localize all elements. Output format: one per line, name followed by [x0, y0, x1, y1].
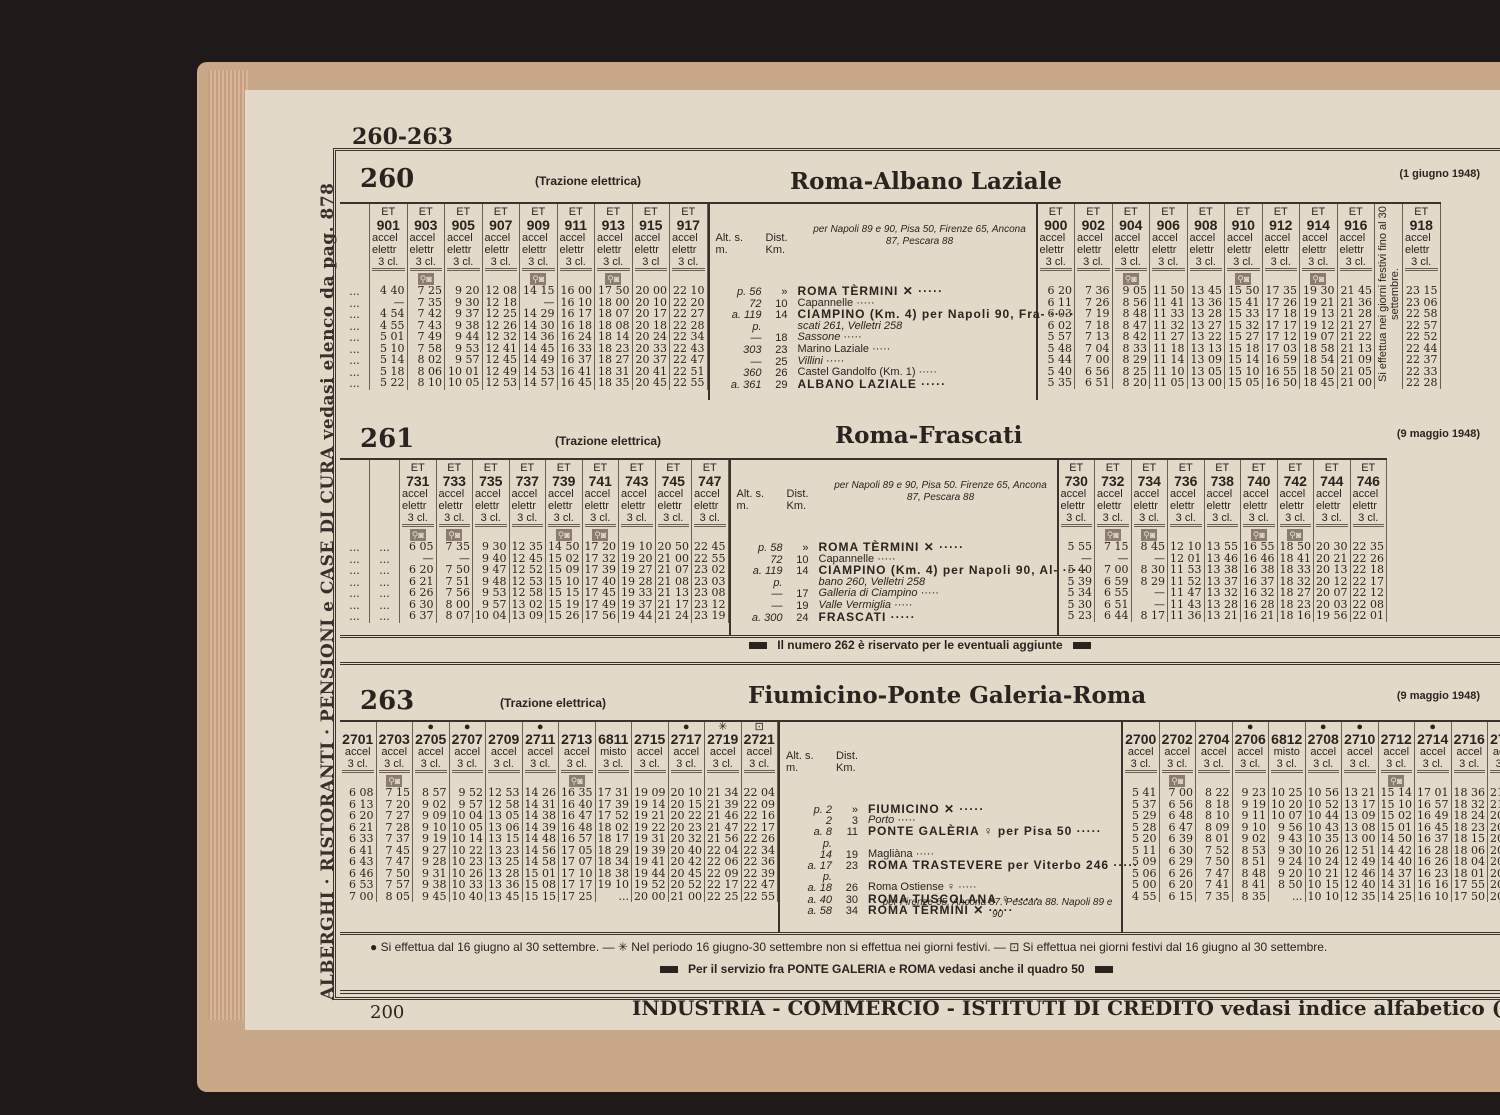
time-cell: 22 47	[744, 879, 776, 891]
time-cell: 20 00	[635, 285, 668, 297]
time-cell: 8 10	[1198, 810, 1230, 822]
time-cell: 7 00	[1097, 564, 1129, 576]
time-cell: 7 42	[410, 308, 443, 320]
time-cell: 15 02	[1381, 810, 1413, 822]
time-cell: 17 12	[1265, 331, 1298, 343]
time-cell: 17 45	[585, 587, 617, 599]
time-cell: 7 49	[410, 331, 443, 343]
train-number: 734	[1138, 474, 1161, 488]
time-cell: 8 07	[439, 610, 471, 622]
time-cell: 21 00	[1340, 377, 1373, 389]
time-cell: 19 09	[634, 787, 666, 799]
train-type: accel	[1347, 746, 1373, 758]
time-cell: 17 07	[561, 856, 593, 868]
station-row: ROMA TÈRMINI ✕ ·····	[868, 905, 1117, 916]
time-cell: 14 31	[1381, 879, 1413, 891]
train-number: 905	[452, 218, 475, 232]
train-number: 912	[1269, 218, 1292, 232]
train-type: accel	[527, 746, 553, 758]
train-number: 914	[1307, 218, 1330, 232]
time-cell: 18 07	[597, 308, 630, 320]
train-column-915: ET915accel elettr3 cl20 0020 1020 1720 1…	[633, 204, 671, 390]
station-list: ROMA TÈRMINI ✕ ·····Capannelle ·····CIAM…	[819, 542, 1053, 623]
ponte-galeria-notice: Per il servizio fra PONTE GALERIA e ROMA…	[650, 962, 1123, 976]
train-number: 2701	[342, 732, 373, 746]
time-cell: 22 04	[744, 787, 776, 799]
time-cell: 7 57	[379, 879, 411, 891]
time-cell: 15 15	[548, 587, 580, 599]
time-cell: 21 24	[658, 610, 690, 622]
time-cell: 19 33	[621, 587, 653, 599]
time-cell: 7 37	[379, 833, 411, 845]
train-class: 3 cl.	[342, 758, 374, 773]
train-class: 3 cl.	[410, 256, 443, 271]
time-cell: 17 25	[561, 891, 593, 903]
train-type: accel elettr	[1152, 232, 1185, 256]
time-cell: 19 41	[634, 856, 666, 868]
distance-header: Dist. Km.	[766, 232, 790, 256]
time-cell: 16 38	[1243, 564, 1275, 576]
station-altitude: —	[712, 356, 762, 368]
train-class: 3 cl	[635, 256, 668, 271]
train-type: accel	[491, 746, 517, 758]
train-column-903: ET903accel elettr3 cl.⚲◙7 257 357 427 43…	[408, 204, 446, 390]
station-altitude: a. 119	[733, 565, 783, 577]
time-cell: 12 25	[485, 308, 518, 320]
train-column-2711: ●2711accel3 cl.14 2614 3114 3814 3914 48…	[523, 722, 560, 902]
station-altitude: a. 361	[712, 379, 762, 391]
train-class: 3 cl.	[1198, 758, 1230, 773]
station-row: Marino Laziale ·····	[798, 344, 1032, 356]
time-cell: 7 15	[1097, 541, 1129, 553]
time-cell: 6 03	[1040, 308, 1073, 320]
time-cell: 14 25	[1381, 891, 1413, 903]
train-column-745: ET745accel elettr3 cl.20 5021 0021 0721 …	[656, 460, 693, 623]
train-number: 2708	[1308, 732, 1339, 746]
train-column-910: ET910accel elettr3 cl.⚲◙15 5015 4115 331…	[1225, 204, 1263, 389]
train-class: 3 cl.	[525, 758, 557, 773]
time-cell: 10 10	[1308, 891, 1340, 903]
time-cell: 13 09	[512, 610, 544, 622]
time-cell: 13 21	[1344, 787, 1376, 799]
section-date: (9 maggio 1948)	[1397, 690, 1480, 702]
time-cell: 5 41	[1125, 787, 1157, 799]
train-number: 736	[1174, 474, 1197, 488]
time-cell: 5 14	[372, 354, 405, 366]
train-column-904: ET904accel elettr3 cl.⚲◙9 058 568 488 47…	[1113, 204, 1151, 389]
time-cell: 12 58	[512, 587, 544, 599]
station-altitude: —	[733, 600, 783, 612]
train-column-908: ET908accel elettr3 cl.13 4513 3613 2813 …	[1188, 204, 1226, 389]
time-cell: 17 35	[1265, 285, 1298, 297]
train-type: accel elettr	[1207, 488, 1239, 512]
time-cell: 17 31	[598, 787, 630, 799]
train-type: accel elettr	[548, 488, 580, 512]
time-cell: 8 02	[410, 354, 443, 366]
station-distance: 26	[836, 882, 858, 894]
time-cell: 14 38	[525, 810, 557, 822]
train-type: accel	[381, 746, 407, 758]
time-cell: 20 50	[658, 541, 690, 553]
train-type: accel	[746, 746, 772, 758]
station-row: ROMA TRASTEVERE per Viterbo 246 ·····	[868, 860, 1117, 871]
time-cell: 5 23	[1061, 610, 1093, 622]
time-cell: 7 00	[342, 891, 374, 903]
time-cell: 20 22	[671, 810, 703, 822]
pointing-hand-icon	[1095, 966, 1113, 973]
time-cell: 15 27	[1227, 331, 1260, 343]
train-number: 733	[443, 474, 466, 488]
time-cell: 5 22	[372, 377, 405, 389]
time-cell: 7 19	[1077, 308, 1110, 320]
train-column-2710: ●2710accel3 cl.13 2113 1713 0913 0813 00…	[1342, 722, 1379, 902]
time-cell: 9 20	[447, 285, 480, 297]
station-altitude: —	[733, 588, 783, 600]
time-cell: 14 29	[522, 308, 555, 320]
time-cell: 7 47	[379, 856, 411, 868]
time-cell: 4 55	[1125, 891, 1157, 903]
station-distance: 30	[836, 894, 858, 906]
train-class: 3 cl.	[1170, 512, 1202, 527]
station-distance: 17	[787, 588, 809, 600]
time-cell: 15 33	[1227, 308, 1260, 320]
train-column-2721: ⊡2721accel3 cl.22 0422 0922 1622 1722 26…	[742, 722, 779, 902]
time-cell: 9 24	[1271, 856, 1303, 868]
train-column-916: ET916accel elettr3 cl.21 4521 3621 2821 …	[1338, 204, 1376, 389]
time-cell: 13 36	[488, 879, 520, 891]
section-number: 263	[360, 686, 414, 716]
train-class: 3 cl.	[1381, 758, 1413, 773]
train-class: 3 cl.	[1243, 512, 1275, 527]
time-cell: 13 25	[488, 856, 520, 868]
time-cell: 20 30	[1490, 879, 1500, 891]
train-type: accel elettr	[597, 232, 630, 256]
train-class: 3 cl.	[1308, 758, 1340, 773]
train-class: 3 cl.	[1040, 256, 1073, 271]
time-cell: 8 48	[1115, 308, 1148, 320]
station-altitude: 303	[712, 344, 762, 356]
train-column-914: ET914accel elettr3 cl.⚲◙19 3019 2119 131…	[1300, 204, 1338, 389]
train-number: 746	[1357, 474, 1380, 488]
time-cell: 22 01	[1353, 610, 1385, 622]
train-type: accel elettr	[402, 488, 434, 512]
train-number: 910	[1232, 218, 1255, 232]
train-type: accel elettr	[1097, 488, 1129, 512]
train-type: accel elettr	[1340, 232, 1373, 256]
section-title: Roma-Albano Laziale	[790, 168, 1062, 195]
time-cell: 22 06	[707, 856, 739, 868]
station-distance: 29	[766, 379, 788, 391]
time-cell: 8 17	[1134, 610, 1166, 622]
time-cell: 14 15	[522, 285, 555, 297]
train-class: 3 cl.	[1162, 758, 1194, 773]
stations-panel: Alt. s. m.Dist. Km.per Napoli 89 e 90, P…	[708, 202, 1038, 400]
time-cell: 5 09	[1125, 856, 1157, 868]
train-class: 3 cl.	[488, 758, 520, 773]
train-type: accel elettr	[410, 232, 443, 256]
train-column-2700: 2700accel3 cl.5 415 375 295 285 205 115 …	[1123, 722, 1160, 902]
time-cell: 16 50	[1265, 377, 1298, 389]
train-column-2702: 2702accel3 cl.⚲◙7 006 566 486 476 396 30…	[1160, 722, 1197, 902]
train-type: accel	[1493, 746, 1500, 758]
time-cell: 10 04	[452, 810, 484, 822]
time-cell: —	[1134, 587, 1166, 599]
train-column-912: ET912accel elettr3 cl.17 3517 2617 1817 …	[1263, 204, 1301, 389]
time-cell: 9 44	[447, 331, 480, 343]
train-class: 3 cl.	[560, 256, 593, 271]
time-cell: 18 14	[597, 331, 630, 343]
train-type: accel elettr	[635, 232, 668, 256]
pointing-hand-icon	[660, 966, 678, 973]
time-cell: 19 31	[634, 833, 666, 845]
page-number: 200	[370, 1002, 404, 1023]
train-class: 3 cl.	[485, 256, 518, 271]
time-cell: 5 34	[1061, 587, 1093, 599]
empty-column: .....................	[340, 460, 370, 623]
time-cell: 10 07	[1271, 810, 1303, 822]
time-cell: 13 00	[1190, 377, 1223, 389]
time-cell: 7 56	[439, 587, 471, 599]
time-cell: 6 20	[1040, 285, 1073, 297]
station-altitude: a. 17	[782, 860, 832, 872]
train-number: 915	[639, 218, 662, 232]
train-type: accel elettr	[439, 488, 471, 512]
time-cell: 7 36	[1077, 285, 1110, 297]
train-column-736: ET736accel elettr3 cl.12 1012 0111 5311 …	[1168, 460, 1205, 622]
time-cell: 20 24	[635, 331, 668, 343]
time-cell: 18 24	[1454, 810, 1486, 822]
station-distance: »	[787, 542, 809, 554]
train-type: accel	[673, 746, 699, 758]
time-cell: 19 13	[1302, 308, 1335, 320]
train-column-918: ET918accel elettr3 cl.23 1523 0622 5822 …	[1403, 204, 1441, 389]
time-cell: 7 35	[439, 541, 471, 553]
train-number: 730	[1065, 474, 1088, 488]
time-cell: 21 00	[671, 891, 703, 903]
train-column-735: ET735accel elettr3 cl.9 309 409 479 489 …	[473, 460, 510, 623]
time-cell: 15 15	[525, 891, 557, 903]
time-cell: 10 56	[1308, 787, 1340, 799]
time-cell: 9 38	[415, 879, 447, 891]
station-distance: 24	[787, 612, 809, 624]
train-number: 737	[516, 474, 539, 488]
time-cell: 8 50	[1271, 879, 1303, 891]
time-cell: 9 37	[447, 308, 480, 320]
station-altitude: p.	[782, 838, 832, 850]
train-number: 2719	[707, 732, 738, 746]
time-cell: 16 17	[560, 308, 593, 320]
train-class: 3 cl.	[1490, 758, 1500, 773]
train-number: 738	[1211, 474, 1234, 488]
train-number: 2707	[452, 732, 483, 746]
train-type: accel	[1164, 746, 1190, 758]
time-cell: 22 55	[672, 377, 705, 389]
train-type: accel	[637, 746, 663, 758]
time-cell: 16 21	[1243, 610, 1275, 622]
time-cell: 11 14	[1152, 354, 1185, 366]
time-cell: 19 27	[621, 564, 653, 576]
section-260: 260 (Trazione elettrica) Roma-Albano Laz…	[340, 160, 1500, 400]
time-cell: 8 29	[1115, 354, 1148, 366]
time-cell: 22 18	[1353, 564, 1385, 576]
time-cell: 6 51	[1077, 377, 1110, 389]
time-cell: 6 20	[402, 564, 434, 576]
station-altitude: a. 8	[782, 826, 832, 838]
train-number: 2718	[1490, 732, 1500, 746]
time-cell: 16 26	[1417, 856, 1449, 868]
station-altitude: a. 18	[782, 882, 832, 894]
station-distance: 23	[836, 860, 858, 872]
distance-header: Dist. Km.	[787, 488, 811, 512]
section-number: 261	[360, 424, 414, 454]
time-cell: 20 07	[1316, 587, 1348, 599]
time-cell: 22 45	[694, 541, 726, 553]
train-column-2709: 2709accel3 cl.12 5312 5813 0513 0613 151…	[486, 722, 523, 902]
train-type: accel elettr	[1405, 232, 1438, 256]
altitude-header: Alt. s. m.	[737, 488, 777, 512]
time-cell: 17 17	[561, 879, 593, 891]
train-class: 3 cl.	[694, 512, 726, 527]
train-number: 2705	[415, 732, 446, 746]
train-class: 3 cl.	[1235, 758, 1267, 773]
train-class: 3 cl.	[548, 512, 580, 527]
time-cell: 18 15	[1454, 833, 1486, 845]
time-cell: 6 55	[1097, 587, 1129, 599]
train-column-2708: ●2708accel3 cl.10 5610 5210 4410 4310 35…	[1306, 722, 1343, 902]
train-type: accel elettr	[522, 232, 555, 256]
stations-panel: Alt. s. m.Dist. Km.per Firenze 65. Ancon…	[778, 720, 1123, 932]
time-cell: 12 32	[485, 331, 518, 343]
station-row: ALBANO LAZIALE ·····	[798, 379, 1032, 391]
time-cell: 11 50	[1152, 285, 1185, 297]
time-cell: 10 35	[1308, 833, 1340, 845]
station-altitude: 360	[712, 367, 762, 379]
time-cell: 22 37	[1405, 354, 1438, 366]
time-cell: 21 22	[1340, 331, 1373, 343]
train-number: 903	[414, 218, 437, 232]
train-class: 3 cl.	[1405, 256, 1438, 271]
station-altitude: a. 300	[733, 612, 783, 624]
station-distance: 10	[766, 298, 788, 310]
time-cell: 14 26	[525, 787, 557, 799]
train-type: accel elettr	[1316, 488, 1348, 512]
connections-note: per Napoli 89 e 90, Pisa 50, Firenze 65,…	[810, 224, 1030, 248]
time-cell: 16 49	[1417, 810, 1449, 822]
station-altitude: 2	[782, 815, 832, 827]
time-cell: 15 14	[1227, 354, 1260, 366]
train-number: 904	[1119, 218, 1142, 232]
empty-column: ...........................	[340, 204, 370, 390]
train-column-737: ET737accel elettr3 cl.12 3512 4512 5212 …	[510, 460, 547, 623]
time-cell: 22 12	[1353, 587, 1385, 599]
time-cell: 5 55	[1061, 541, 1093, 553]
time-cell: 4 54	[372, 308, 405, 320]
train-number: 2702	[1162, 732, 1193, 746]
time-cell: 16 00	[560, 285, 593, 297]
train-number: 744	[1320, 474, 1343, 488]
train-type: accel elettr	[694, 488, 726, 512]
reserved-notice: Il numero 262 è riservato per le eventua…	[340, 638, 1500, 652]
train-number: 911	[564, 218, 587, 232]
time-cell: 16 47	[561, 810, 593, 822]
time-cell: 10 44	[1308, 810, 1340, 822]
station-row: FRASCATI ·····	[819, 612, 1053, 624]
station-distance: »	[836, 804, 858, 816]
traction-label: (Trazione elettrica)	[555, 434, 661, 448]
time-cell: 23 19	[694, 610, 726, 622]
time-cell: 18 34	[598, 856, 630, 868]
train-type: accel	[1310, 746, 1336, 758]
station-altitude: a. 58	[782, 905, 832, 917]
time-cell: 14 40	[1381, 856, 1413, 868]
vertical-note: Si effettua nei giorni festivi fino al 3…	[1375, 204, 1403, 389]
train-column-747: ET747accel elettr3 cl.22 4522 5523 0223 …	[692, 460, 729, 623]
time-cell: 20 37	[635, 354, 668, 366]
train-number: 2717	[671, 732, 702, 746]
time-cell: 8 41	[1235, 879, 1267, 891]
time-cell: 13 15	[488, 833, 520, 845]
train-class: 3 cl.	[621, 512, 653, 527]
time-cell: 20 42	[671, 856, 703, 868]
time-cell: 10 40	[452, 891, 484, 903]
time-cell: 22 36	[744, 856, 776, 868]
time-cell: 11 33	[1152, 308, 1185, 320]
train-column-2712: 2712accel3 cl.⚲◙15 1415 1015 0215 0114 5…	[1379, 722, 1416, 902]
time-cell: 9 23	[1235, 787, 1267, 799]
time-cell: 7 00	[1162, 787, 1194, 799]
altitude-header: Alt. s. m.	[786, 750, 826, 774]
time-cell: 20 45	[635, 377, 668, 389]
station-altitude: —	[712, 332, 762, 344]
train-number: 740	[1247, 474, 1270, 488]
train-number: 908	[1194, 218, 1217, 232]
time-cell: 17 18	[1265, 308, 1298, 320]
time-cell: 22 58	[1405, 308, 1438, 320]
time-cell: 6 20	[342, 810, 374, 822]
section-number: 260	[360, 164, 414, 194]
train-class: 3 cl.	[672, 256, 705, 271]
time-cell: 19 10	[621, 541, 653, 553]
train-type: accel elettr	[621, 488, 653, 512]
pointing-hand-icon	[749, 642, 767, 649]
time-cell: 13 32	[1207, 587, 1239, 599]
time-cell: 9 28	[415, 856, 447, 868]
train-type: accel elettr	[1170, 488, 1202, 512]
time-cell: 21 07	[658, 564, 690, 576]
time-cell: 22 17	[707, 879, 739, 891]
station-altitude: p. 2	[782, 804, 832, 816]
train-number: 2711	[525, 732, 555, 746]
station-distance: 19	[836, 849, 858, 861]
footnote-legend: ● Si effettua dal 16 giugno al 30 settem…	[370, 940, 1327, 954]
time-cell: 18 27	[1280, 587, 1312, 599]
train-number: 2714	[1417, 732, 1448, 746]
train-column-2703: 2703accel3 cl.⚲◙7 157 207 277 287 377 45…	[377, 722, 414, 902]
train-column-731: ET731accel elettr3 cl.⚲◙6 05—6 206 216 2…	[400, 460, 437, 623]
time-cell: 9 05	[1115, 285, 1148, 297]
time-cell: 21 34	[707, 787, 739, 799]
train-class: 3 cl.	[415, 758, 447, 773]
time-cell: 20 52	[671, 879, 703, 891]
train-column-907: ET907accel elettr3 cl.12 0812 1812 2512 …	[483, 204, 521, 390]
time-cell: 16 37	[1417, 833, 1449, 845]
time-cell: 16 59	[1265, 354, 1298, 366]
train-column-2705: ●2705accel3 cl.8 579 029 099 109 199 279…	[413, 722, 450, 902]
time-cell: 9 43	[1271, 833, 1303, 845]
train-class: 3 cl.	[1302, 256, 1335, 271]
section-261: 261 (Trazione elettrica) Roma-Frascati (…	[340, 420, 1500, 635]
time-cell: 7 00	[1077, 354, 1110, 366]
